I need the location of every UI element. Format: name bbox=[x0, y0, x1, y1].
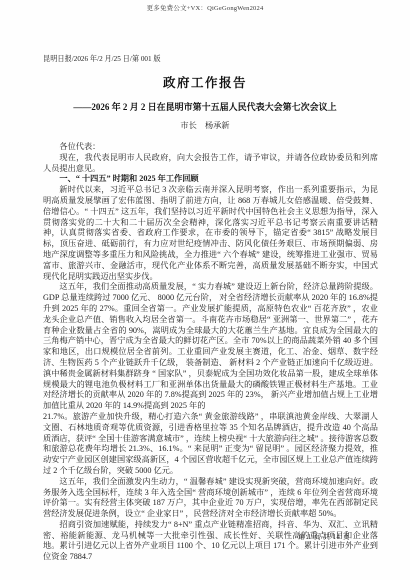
body-paragraph: 招商引资加速赋能，持续发力“ 8+N” 重点产业链精准招商，抖音、华为、双汇、立… bbox=[43, 520, 378, 563]
document-page: 更多免费公文+VX：QiGeGongWen2024 昆明日报/2026 年/2 … bbox=[0, 0, 410, 580]
watermark-text: 更多免费公文+VX：QiGeGongWen2024 bbox=[0, 3, 410, 12]
document-subtitle: ——2026 年 2 月 2 日在昆明市第十五届人民代表大会第七次会议上 bbox=[0, 100, 410, 113]
document-body: 各位代表：现在，我代表昆明市人民政府，向大会报告工作，请予审议，并请各位政协委员… bbox=[43, 142, 378, 563]
body-paragraph: 各位代表： bbox=[43, 142, 378, 153]
body-paragraph: 这五年，我们全面激发内生动力，“ 温馨春城” 建设实现新突破，营商环境加速向好。… bbox=[43, 477, 378, 520]
page-number-indicator: 第 1 页 共 14 页 bbox=[298, 531, 350, 541]
section-heading: 一、“ 十四五” 时期和 2025 年工作回顾 bbox=[43, 174, 378, 185]
masthead-source-line: 昆明日报/2026 年/2 月/25 日/第 001 版 bbox=[43, 54, 161, 64]
author-byline: 市长 杨承新 bbox=[0, 120, 410, 131]
body-paragraph: 现在，我代表昆明市人民政府，向大会报告工作，请予审议，并请各位政协委员和列席人员… bbox=[43, 153, 378, 175]
body-paragraph: 新时代以来，习近平总书记 3 次亲临云南并深入昆明考察，作出一系列重要指示，为昆… bbox=[43, 185, 378, 282]
body-paragraph: 这五年，我们全面推动高质量发展，“ 实力春城” 建设迈上新台阶，经济总量跨阶提级… bbox=[43, 282, 378, 476]
page-title: 政府工作报告 bbox=[0, 73, 410, 91]
